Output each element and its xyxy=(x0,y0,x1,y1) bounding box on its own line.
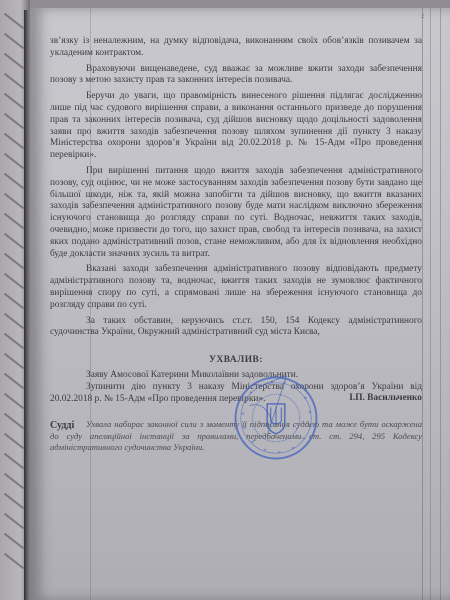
paragraph: зв’язку із неналежним, на думку відповід… xyxy=(50,36,422,60)
paragraph: За таких обставин, керуючись ст.ст. 150,… xyxy=(50,316,422,340)
scan-streak xyxy=(440,8,441,600)
paragraph: При вирішенні питання щодо вжиття заході… xyxy=(50,166,422,260)
court-seal-icon xyxy=(232,374,320,462)
resolution-heading: УХВАЛИВ: xyxy=(50,355,422,367)
paragraph: Беручи до уваги, що правомірність винесе… xyxy=(50,91,422,162)
paragraph: Враховуючи вищенаведене, суд вважає за м… xyxy=(50,64,422,88)
page-number: 2 xyxy=(421,14,424,20)
scan-streak xyxy=(430,8,431,600)
judges-label: Судді xyxy=(50,420,74,431)
scan-streak xyxy=(422,8,423,600)
signature-block: Судді І.П. Васильченко xyxy=(50,368,422,478)
paragraph: Вказані заходи забезпечення адміністрати… xyxy=(50,264,422,311)
document-page: 2 зв’язку із неналежним, на думку відпов… xyxy=(30,8,450,600)
judge-name: І.П. Васильченко xyxy=(349,393,422,403)
